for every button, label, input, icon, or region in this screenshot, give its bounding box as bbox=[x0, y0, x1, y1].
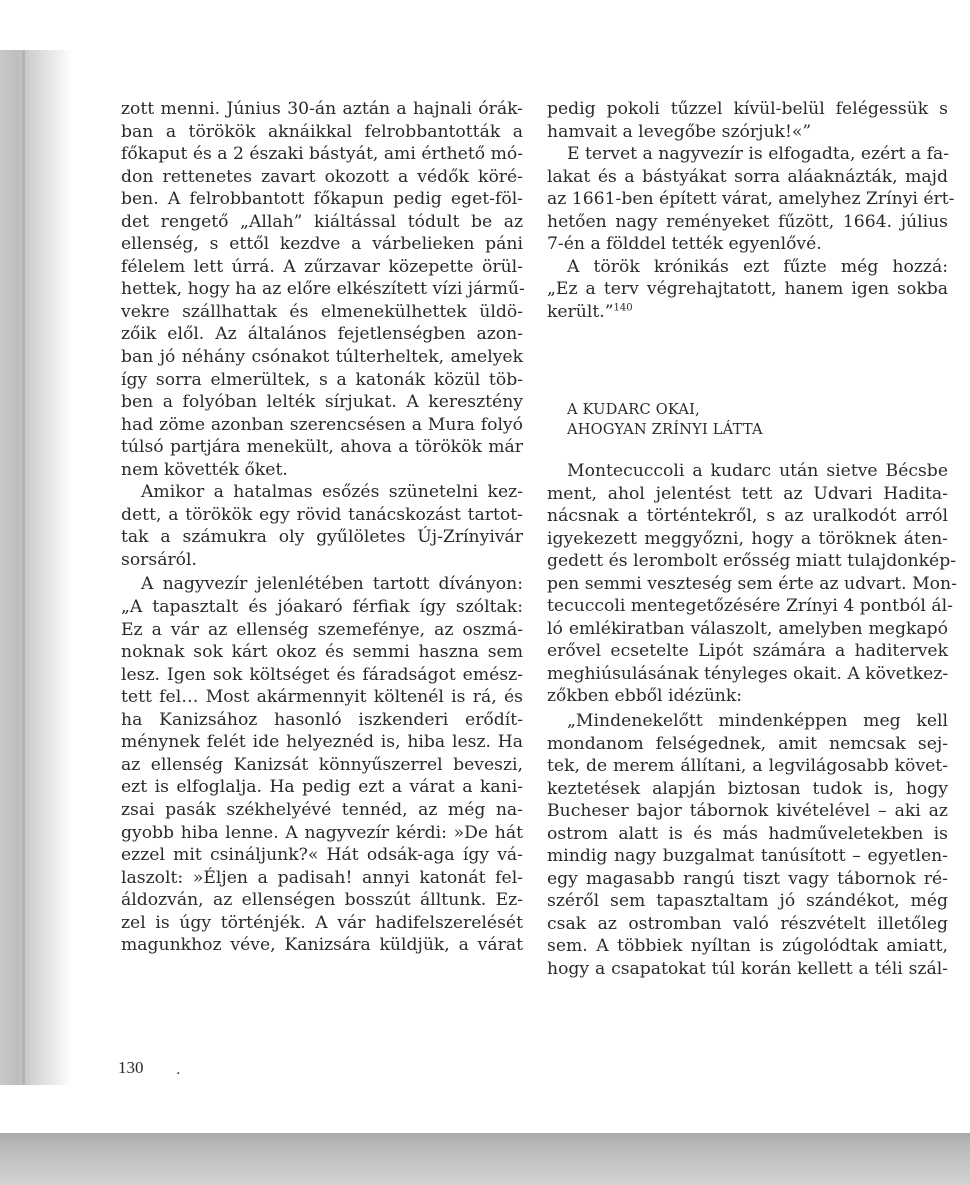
text-line: tak a számukra oly gyűlöletes Új-Zrínyiv… bbox=[121, 526, 523, 549]
heading-line-1: A KUDARC OKAI, bbox=[567, 400, 763, 420]
text-line: pen semmi veszteség sem érte az udvart. … bbox=[547, 573, 948, 596]
paragraph-start-line: Montecuccoli a kudarc után sietve Bécsbe bbox=[547, 460, 948, 483]
text-line: erővel ecsetelte Lipót számára a haditer… bbox=[547, 640, 948, 663]
text-line: „Ez a terv végrehajtatott, hanem igen so… bbox=[547, 278, 948, 301]
text-line: ezt is elfoglalja. Ha pedig ezt a várat … bbox=[121, 776, 523, 799]
text-line: had zöme azonban szerencsésen a Mura fol… bbox=[121, 414, 523, 437]
text-line: széről sem tapasztaltam jó szándékot, mé… bbox=[547, 890, 948, 913]
text-line: magunkhoz véve, Kanizsára küldjük, a vár… bbox=[121, 934, 523, 957]
text-line: lakat és a bástyákat sorra aláaknázták, … bbox=[547, 166, 948, 189]
text-line: ménynek felét ide helyeznéd is, hiba les… bbox=[121, 731, 523, 754]
text-line: zel is úgy történjék. A vár hadifelszere… bbox=[121, 912, 523, 935]
text-line: mondanom felségednek, amit nemcsak sej- bbox=[547, 733, 948, 756]
text-line: hamvait a levegőbe szórjuk!«” bbox=[547, 121, 948, 144]
text-line: főkaput és a 2 északi bástyát, ami érthe… bbox=[121, 143, 523, 166]
text-line: lesz. Igen sok költséget és fáradságot e… bbox=[121, 664, 523, 687]
right-column-top: pedig pokoli tűzzel kívül-belül felégess… bbox=[547, 98, 948, 323]
text-line: ló emlékiratban válaszolt, amelyben megk… bbox=[547, 618, 948, 641]
heading-line-2: AHOGYAN ZRÍNYI LÁTTA bbox=[567, 420, 763, 440]
text-line: ben a folyóban lelték sírjukat. A keresz… bbox=[121, 391, 523, 414]
paragraph-start-line: „Mindenekelőtt mindenképpen meg kell bbox=[547, 710, 948, 733]
text-line: 7-én a földdel tették egyenlővé. bbox=[547, 233, 948, 256]
text-line: noknak sok kárt okoz és semmi haszna sem bbox=[121, 641, 523, 664]
text-line: meghiúsulásának tényleges okait. A követ… bbox=[547, 663, 948, 686]
text: került.” bbox=[547, 302, 614, 322]
paragraph-start-line: A török krónikás ezt fűzte még hozzá: bbox=[547, 256, 948, 279]
text-line: ellenség, s ettől kezdve a várbelieken p… bbox=[121, 233, 523, 256]
book-binding-shadow bbox=[0, 50, 72, 1085]
text-line: csak az ostromban való részvételt illető… bbox=[547, 913, 948, 936]
text-line: ban a törökök aknáikkal felrobbantották … bbox=[121, 121, 523, 144]
text-line: „A tapasztalt és jóakaró férfiak így szó… bbox=[121, 596, 523, 619]
paragraph-start-line: Amikor a hatalmas esőzés szünetelni kez- bbox=[121, 481, 523, 504]
text-line: sorsáról. bbox=[121, 549, 523, 572]
text-line: nácsnak a történtekről, s az uralkodót a… bbox=[547, 505, 948, 528]
text-line: zőkben ebből idézünk: bbox=[547, 685, 948, 708]
scan-speck: . bbox=[176, 1062, 180, 1078]
text-line: tett fel… Most akármennyit költenél is r… bbox=[121, 686, 523, 709]
text-line: det rengető „Allah” kiáltással tódult be… bbox=[121, 211, 523, 234]
text-line: egy magasabb rangú tiszt vagy tábornok r… bbox=[547, 868, 948, 891]
text-line: így sorra elmerültek, s a katonák közül … bbox=[121, 369, 523, 392]
text-line: zott menni. Június 30-án aztán a hajnali… bbox=[121, 98, 523, 121]
text-line: don rettenetes zavart okozott a védők kö… bbox=[121, 166, 523, 189]
text-line: keztetések alapján biztosan tudok is, ho… bbox=[547, 778, 948, 801]
text-line: ben. A felrobbantott főkapun pedig eget-… bbox=[121, 188, 523, 211]
text-line: tek, de merem állítani, a legvilágosabb … bbox=[547, 755, 948, 778]
text-line: gedett és lerombolt erősség miatt tulajd… bbox=[547, 550, 948, 573]
text-line: hogy a csapatokat túl korán kellett a té… bbox=[547, 958, 948, 981]
text-line: nem követték őket. bbox=[121, 459, 523, 482]
text-line: ment, ahol jelentést tett az Udvari Hadi… bbox=[547, 483, 948, 506]
text-line: az ellenség Kanizsát könnyűszerrel beves… bbox=[121, 754, 523, 777]
page-number: 130 bbox=[118, 1058, 144, 1078]
text-line: laszolt: »Éljen a padisah! annyi katonát… bbox=[121, 867, 523, 890]
paragraph-start-line: E tervet a nagyvezír is elfogadta, ezért… bbox=[547, 143, 948, 166]
text-line: ha Kanizsához hasonló iszkenderi erődít- bbox=[121, 709, 523, 732]
text-line: gyobb hiba lenne. A nagyvezír kérdi: »De… bbox=[121, 822, 523, 845]
text-line: dett, a törökök egy rövid tanácskozást t… bbox=[121, 504, 523, 527]
footnote-reference[interactable]: 140 bbox=[614, 302, 633, 313]
text-line: hetően nagy reményeket fűzött, 1664. júl… bbox=[547, 211, 948, 234]
page-bottom-edge-shadow bbox=[0, 1133, 970, 1185]
text-line: ostrom alatt is és más hadműveletekben i… bbox=[547, 823, 948, 846]
text-line: mindig nagy buzgalmat tanúsított – egyet… bbox=[547, 845, 948, 868]
text-line: félelem lett úrrá. A zűrzavar közepette … bbox=[121, 256, 523, 279]
text-line: zőik elől. Az általános fejetlenségben a… bbox=[121, 323, 523, 346]
paragraph-start-line: A nagyvezír jelenlétében tartott díványo… bbox=[121, 573, 523, 596]
text-line: túlsó partjára menekült, ahova a törökök… bbox=[121, 436, 523, 459]
text-line: ban jó néhány csónakot túlterheltek, ame… bbox=[121, 346, 523, 369]
section-heading: A KUDARC OKAI, AHOGYAN ZRÍNYI LÁTTA bbox=[567, 400, 763, 440]
text-line: tecuccoli mentegetőzésére Zrínyi 4 pontb… bbox=[547, 595, 948, 618]
text-line: Bucheser bajor tábornok kivételével – ak… bbox=[547, 800, 948, 823]
text-line: sem. A többiek nyíltan is zúgolódtak ami… bbox=[547, 935, 948, 958]
text-line: áldozván, az ellenségen bosszút álltunk.… bbox=[121, 889, 523, 912]
text-line: vekre szállhattak és elmenekülhettek üld… bbox=[121, 301, 523, 324]
text-line: Ez a vár az ellenség szemefénye, az oszm… bbox=[121, 619, 523, 642]
text-line: igyekezett meggyőzni, hogy a töröknek át… bbox=[547, 528, 948, 551]
footnote-line: került.”140 bbox=[547, 301, 948, 324]
text-line: hettek, hogy ha az előre elkészített víz… bbox=[121, 278, 523, 301]
left-column: zott menni. Június 30-án aztán a hajnali… bbox=[121, 98, 523, 957]
text-line: pedig pokoli tűzzel kívül-belül felégess… bbox=[547, 98, 948, 121]
text-line: az 1661-ben épített várat, amelyhez Zrín… bbox=[547, 188, 948, 211]
text-line: zsai pasák székhelyévé tennéd, az még na… bbox=[121, 799, 523, 822]
right-column-body: Montecuccoli a kudarc után sietve Bécsbe… bbox=[547, 460, 948, 981]
text-line: ezzel mit csináljunk?« Hát odsák-aga így… bbox=[121, 844, 523, 867]
